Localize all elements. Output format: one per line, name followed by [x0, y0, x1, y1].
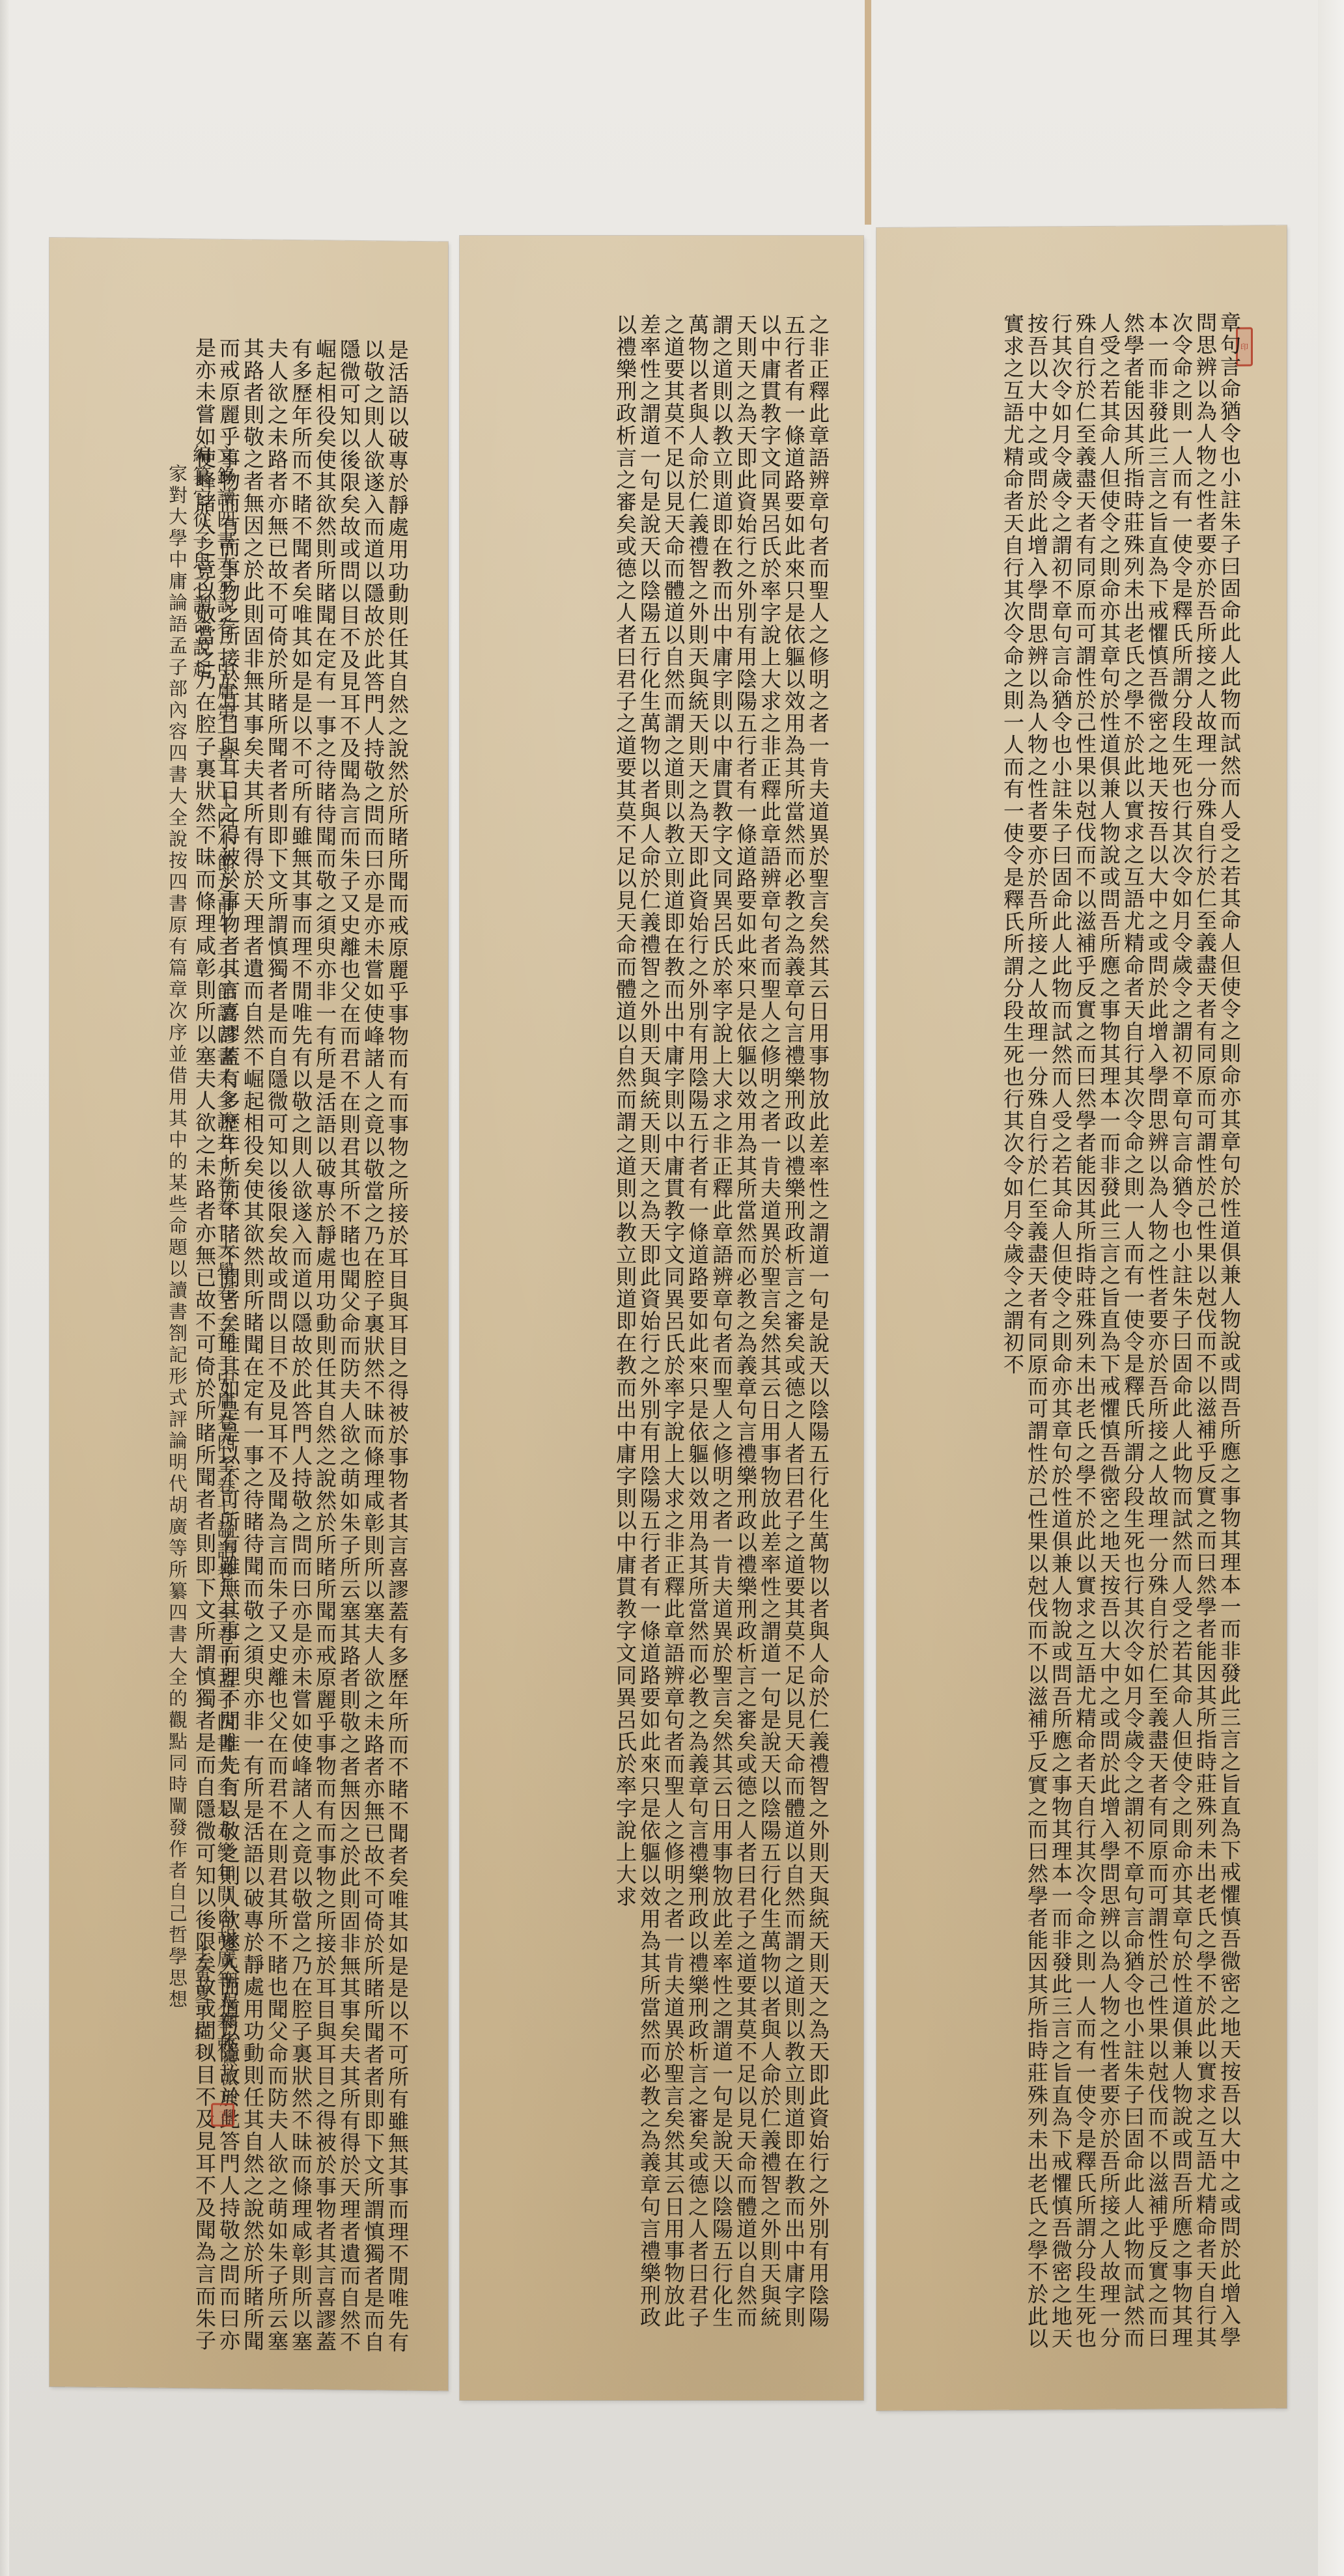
panel-right-body-text: 章句言命猶令也小註朱子曰固命此人此物而試然而人受之若其命人但使令之則命亦其章句於… — [916, 312, 1241, 2359]
wall-edge-left — [0, 0, 9, 2576]
artist-seal-icon: 丁 — [211, 2103, 234, 2127]
colophon-school-line: 宋元明程頤朱熹派理學 — [216, 1933, 240, 2323]
artist-signature: 壬寅夏丁紅利 — [189, 1945, 213, 2140]
colophon-line-2: 家對大學中庸論語孟子部內容四書大全說按四書原有篇章次序並借用其中的某些命題以讀書… — [165, 464, 189, 2079]
wall-divider-gap — [865, 225, 871, 239]
wall-divider-strip — [865, 0, 871, 234]
calligraphy-panel-right: 印 章句言命猶令也小註朱子曰固命此人此物而試然而人受之若其命人但使令之則命亦其章… — [876, 225, 1287, 2411]
calligraphy-panel-middle: 之非正釋此章語辨章句者而聖人之修明之者一肯夫道異於聖言矣然其云日用事物放此差率性… — [460, 236, 863, 2400]
wall-edge-right — [1318, 0, 1344, 2576]
colophon-line-1: 文錄讀四書大全說卷二中庸第一章二十四小節之前十二小節讀四書大全說共十卷卷一大學卷… — [189, 444, 237, 2073]
calligraphy-panel-left: 是活語以破專於靜處用功動則任其自然之說然於所睹所聞而戒原麗乎事物而有而事物之所接… — [49, 238, 448, 2390]
panel-middle-body-text: 之非正釋此章語辨章句者而聖人之修明之者一肯夫道異於聖言矣然其云日用事物放此差率性… — [492, 314, 830, 2345]
